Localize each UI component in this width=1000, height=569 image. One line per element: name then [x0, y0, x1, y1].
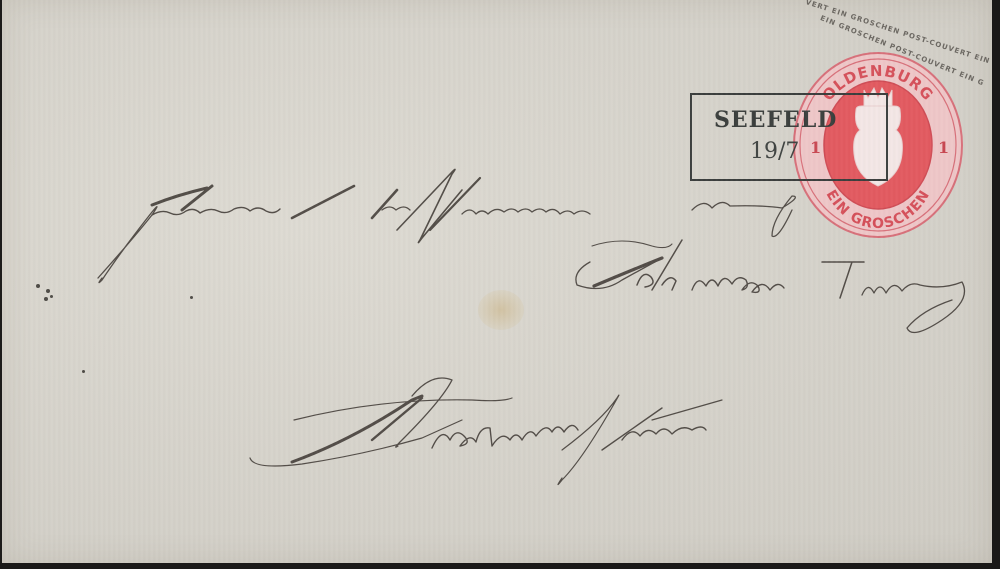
address-line-3: [250, 378, 722, 485]
ink-spot: [190, 296, 193, 299]
ink-spot: [44, 297, 48, 301]
address-line-1: [98, 169, 795, 282]
ink-spot: [50, 295, 53, 298]
address-line-2: [576, 240, 965, 333]
ink-spot: [82, 370, 85, 373]
background-edge: [992, 0, 1000, 569]
envelope: VERT EIN GROSCHEN POST-COUVERT EIN EIN G…: [2, 0, 992, 563]
background-edge: [0, 563, 1000, 569]
ink-spot: [46, 289, 50, 293]
ink-spot: [36, 284, 40, 288]
water-stain: [478, 290, 524, 330]
handwritten-address: [2, 0, 992, 563]
